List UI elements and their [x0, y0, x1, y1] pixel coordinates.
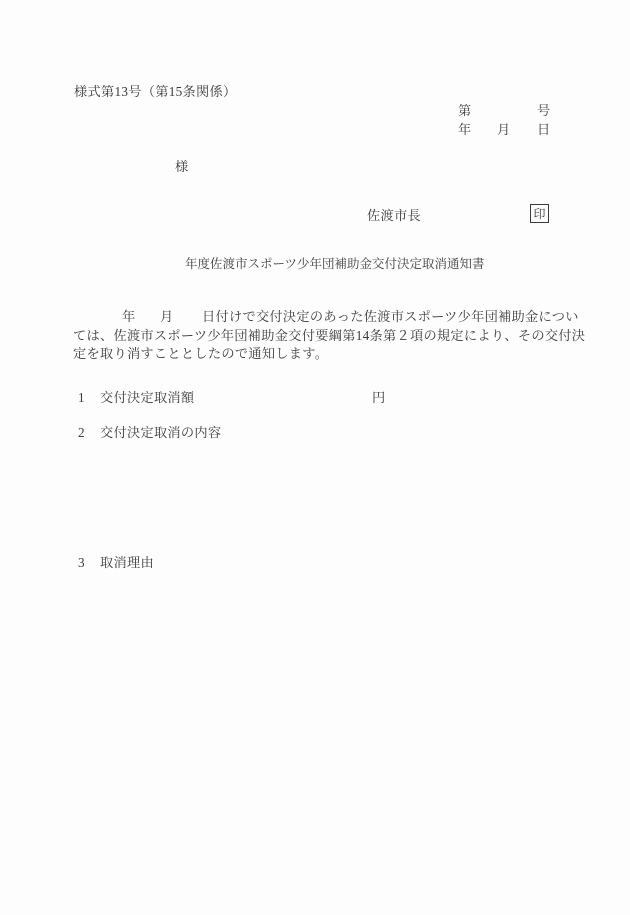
item-1-unit: 円	[372, 391, 386, 404]
body-date-year-blank: 年	[122, 310, 136, 323]
doc-number-prefix: 第	[458, 104, 472, 117]
body-line1: 日付けで交付決定のあった佐渡市スポーツ少年団補助金につい	[202, 310, 579, 323]
date-month-label: 月	[497, 123, 511, 136]
item-1-number: 1	[78, 391, 85, 404]
item-3-label: 取消理由	[100, 556, 154, 569]
form-number: 様式第13号（第15条関係）	[74, 85, 236, 98]
doc-number-suffix: 号	[537, 104, 551, 117]
item-1-label: 交付決定取消額	[100, 391, 194, 404]
addressee-honorific: 様	[175, 160, 189, 173]
item-3-number: 3	[78, 556, 85, 569]
date-year-label: 年	[458, 123, 472, 136]
date-day-label: 日	[537, 123, 551, 136]
seal-box: 印	[530, 204, 549, 223]
seal-label: 印	[533, 208, 545, 220]
document-page: 様式第13号（第15条関係） 第 号 年 月 日 様 佐渡市長 印 年度佐渡市ス…	[0, 0, 630, 915]
body-line3: 定を取り消すこととしたので通知します。	[73, 347, 328, 360]
body-line2: ては、佐渡市スポーツ少年団補助金交付要綱第14条第２項の規定により、その交付決	[73, 329, 585, 342]
item-2-number: 2	[78, 426, 85, 439]
doc-title: 年度佐渡市スポーツ少年団補助金交付決定取消通知書	[185, 258, 485, 271]
sender-title: 佐渡市長	[367, 209, 421, 222]
body-date-month-blank: 月	[160, 310, 174, 323]
item-2-label: 交付決定取消の内容	[100, 426, 221, 439]
